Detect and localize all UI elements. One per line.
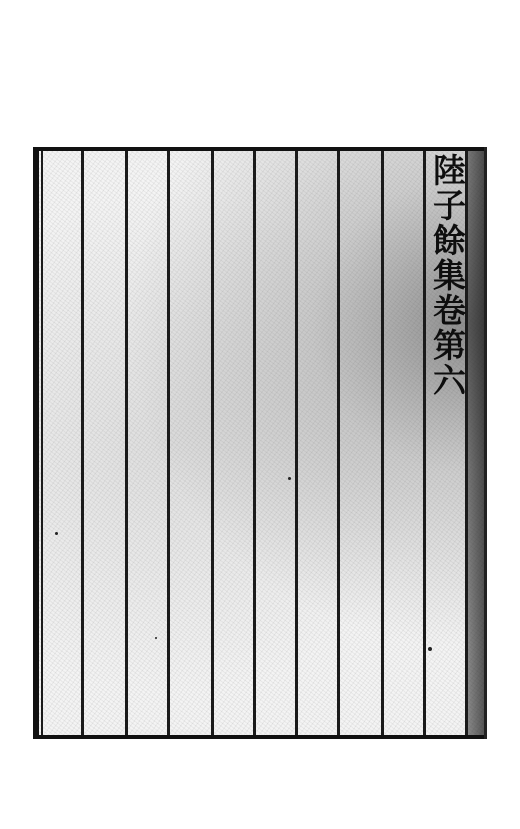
ink-speck	[288, 477, 291, 480]
column-rule	[381, 151, 384, 735]
frame-border-left	[33, 147, 39, 739]
column-rule	[295, 151, 298, 735]
frame-border-top	[33, 147, 487, 151]
volume-title: 陸子餘集卷第六	[427, 153, 467, 398]
column-rule	[125, 151, 128, 735]
ink-speck	[55, 532, 58, 535]
column-rule	[337, 151, 340, 735]
book-page: 陸子餘集卷第六	[33, 147, 487, 739]
column-rule	[211, 151, 214, 735]
frame-border-bottom	[33, 735, 487, 739]
ink-speck	[155, 637, 157, 639]
column-rule	[81, 151, 84, 735]
column-rule	[167, 151, 170, 735]
ink-speck	[428, 647, 432, 651]
page-fold-shadow	[466, 151, 484, 735]
column-rule	[253, 151, 256, 735]
column-rule	[423, 151, 426, 735]
frame-border-right	[484, 147, 487, 739]
column-rule	[41, 151, 43, 735]
